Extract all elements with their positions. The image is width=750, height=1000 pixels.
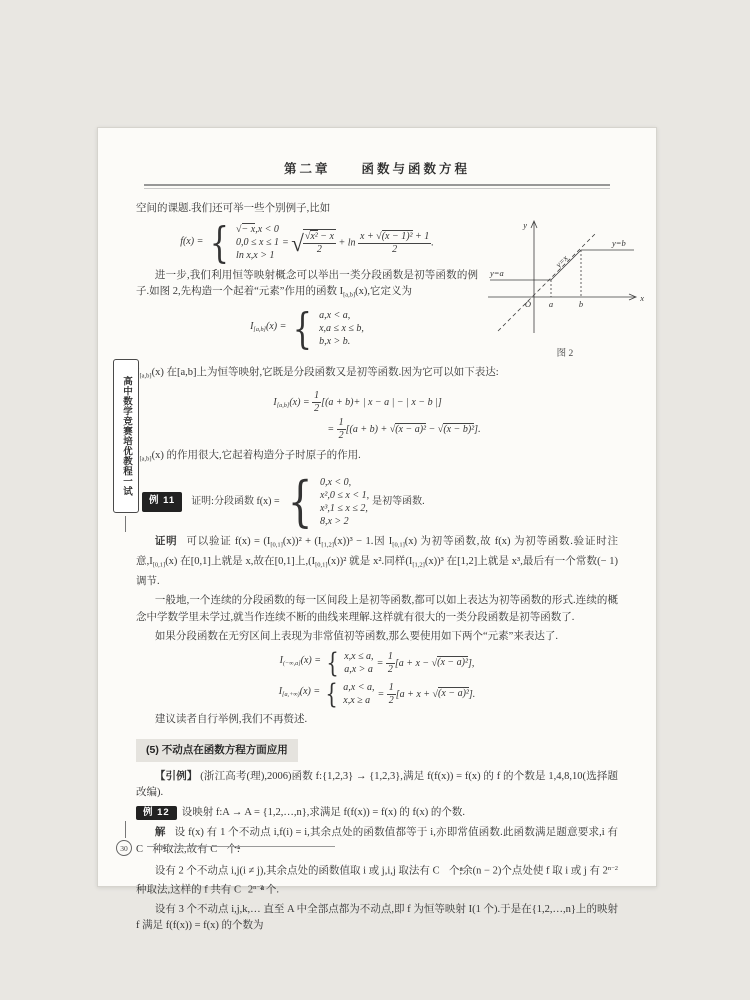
page-body: 空间的课题.我们还可举一些个别例子,比如 y x O a b y=a y=b xyxy=(98,189,656,935)
y-equals-x-label: y=x xyxy=(553,252,570,269)
book-title-vertical: 高中数学竞赛培优教程一试 xyxy=(119,376,133,496)
intro-example-label: 【引例】 xyxy=(155,770,198,782)
brace-icon: { xyxy=(326,650,338,677)
brace-icon: { xyxy=(293,308,312,350)
figure-caption: 图 2 xyxy=(484,346,646,363)
solution-paragraph-3: 设有 3 个不动点 i,j,k,… 直至 A 中全部点都为不动点,即 f 为恒等… xyxy=(136,902,618,935)
solution-paragraph-1: 解设 f(x) 有 1 个不动点 i,f(i) = i,其余点处的函数值都等于 … xyxy=(136,824,618,858)
book-page: 第二章 函数与函数方程 空间的课题.我们还可举一些个别例子,比如 y x O a… xyxy=(97,127,657,887)
solution-label: 解 xyxy=(155,826,166,838)
a-tick-label: a xyxy=(549,299,553,309)
paragraph-general: 一般地,一个连续的分段函数的每一区间段上是初等函数,都可以如上表达为初等函数的形… xyxy=(136,593,618,626)
paragraph-intro: 空间的课题.我们还可举一些个别例子,比如 xyxy=(136,201,618,218)
y-equals-b-label: y=b xyxy=(611,238,626,248)
brace-icon: { xyxy=(287,475,312,529)
display-formula-right-element: I[a,+∞)(x) = { a,x < a, x,x ≥ a = 12[a +… xyxy=(136,681,618,708)
chapter-header: 第二章 函数与函数方程 xyxy=(98,159,656,177)
y-equals-a-label: y=a xyxy=(489,268,504,278)
paragraph-usage: I[a,b](x) 的作用很大,它起着构造分子时原子的作用. xyxy=(136,448,618,468)
intro-example: 【引例】 (浙江高考(理),2006)函数 f:{1,2,3} → {1,2,3… xyxy=(136,768,618,802)
margin-tick-lower xyxy=(125,821,126,838)
b-tick-label: b xyxy=(579,299,583,309)
page-number-badge: 30 xyxy=(116,840,132,856)
example-11-badge: 例 11 xyxy=(142,492,182,512)
y-axis-label: y xyxy=(522,220,527,230)
display-formula-expansion: I[a,b](x) = 12[(a + b)+ | x − a | − | x … xyxy=(136,388,618,444)
figure-2-plot: y x O a b y=a y=b y=x xyxy=(484,217,646,339)
solution-paragraph-2: 设有 2 个不动点 i,j(i ≠ j),其余点处的函数值取 i 或 j,i,j… xyxy=(136,861,618,899)
display-formula-left-element: I(−∞,a](x) = { x,x ≤ a, a,x > a = 12[a +… xyxy=(136,650,618,677)
paragraph-identity: I[a,b](x) 在[a,b]上为恒等映射,它既是分段函数又是初等函数.因为它… xyxy=(136,365,618,385)
example-12: 例 12设映射 f:A → A = {1,2,…,n},求满足 f(f(x)) … xyxy=(136,805,618,822)
proof-paragraph: 证明可以验证 f(x) = (I[0,1](x))² + (I[1,2](x))… xyxy=(136,533,618,590)
example-12-badge: 例 12 xyxy=(136,806,177,820)
figure-2: y x O a b y=a y=b y=x 图 2 xyxy=(484,217,646,363)
footer-rule xyxy=(147,846,335,847)
example-11: 例 11 证明:分段函数 f(x) = { 0,x < 0, x²,0 ≤ x … xyxy=(142,475,618,529)
margin-tick-upper xyxy=(125,516,126,532)
x-axis-label: x xyxy=(639,293,644,303)
brace-icon: { xyxy=(210,222,229,264)
proof-label: 证明 xyxy=(155,535,178,547)
section-heading-5: (5) 不动点在函数方程方面应用 xyxy=(136,739,298,762)
paragraph-infinite: 如果分段函数在无穷区间上表现为非常值初等函数,那么要使用如下两个“元素”来表达了… xyxy=(136,629,618,646)
book-title-tab: 高中数学竞赛培优教程一试 xyxy=(113,359,139,513)
paragraph-suggest: 建议读者自行举例,我们不再赘述. xyxy=(136,712,618,729)
brace-icon: { xyxy=(326,681,338,708)
origin-label: O xyxy=(525,299,531,309)
